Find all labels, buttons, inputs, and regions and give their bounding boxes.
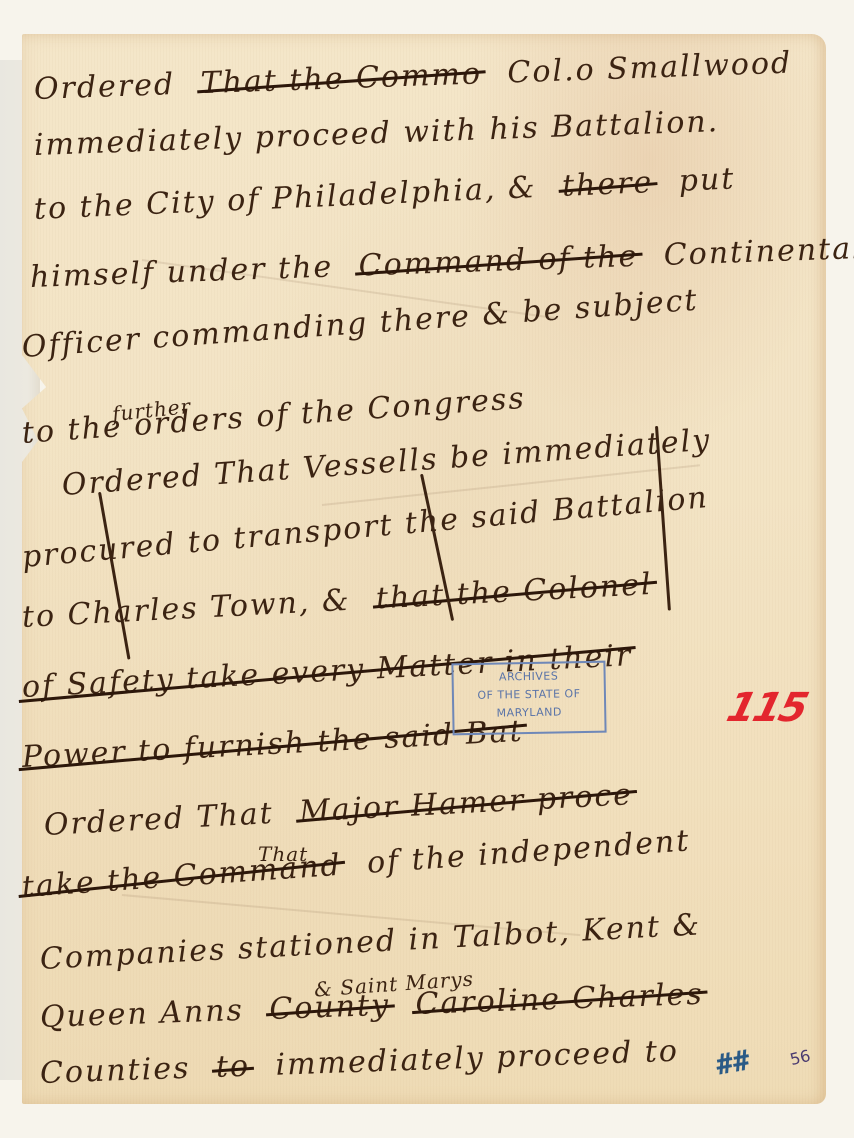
line-text: Continental — [663, 231, 854, 273]
struck-text: County — [269, 988, 391, 1027]
archives-stamp: ARCHIVES OF THE STATE OF MARYLAND — [451, 661, 606, 736]
struck-text: there — [561, 165, 654, 204]
line-text: Counties — [39, 1051, 191, 1091]
line-text: Ordered — [33, 67, 175, 107]
line-text: put — [678, 161, 736, 198]
tally-mark-icon: ## — [713, 1043, 752, 1081]
stamp-line: MARYLAND — [454, 703, 604, 724]
line-text: Queen Anns — [39, 993, 244, 1035]
struck-text: to — [215, 1049, 250, 1085]
folio-number: 115 — [722, 685, 811, 731]
document-scan: Ordered That the Commo Col.o Smallwood i… — [0, 0, 854, 1138]
